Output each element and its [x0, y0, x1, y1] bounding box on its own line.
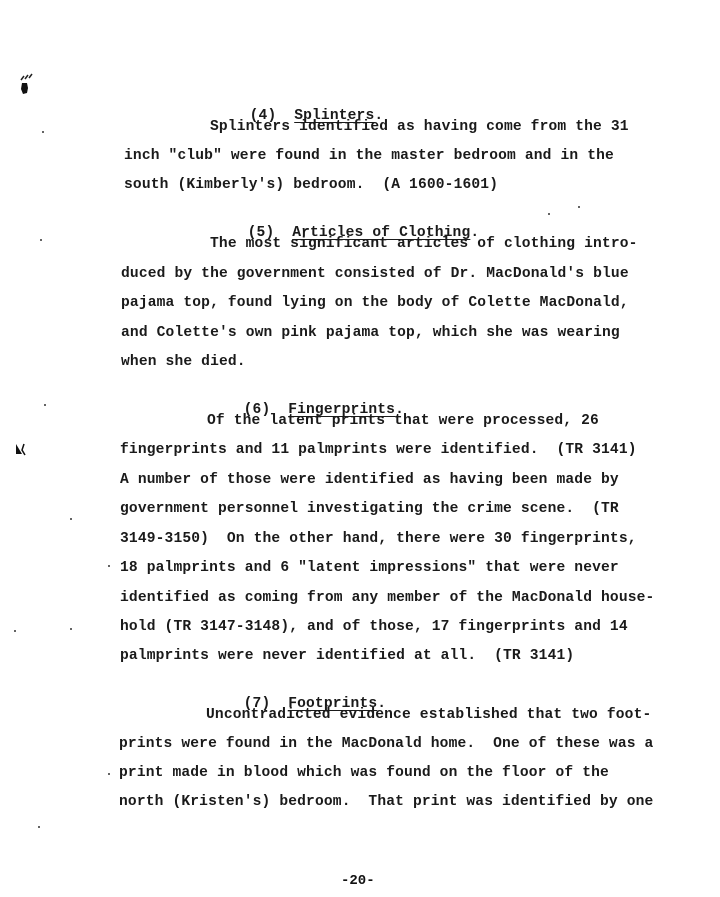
paragraph-line: government personnel investigating the c… — [120, 500, 619, 518]
scan-smudge-icon — [14, 72, 40, 98]
paragraph-line: Splinters identified as having come from… — [210, 118, 629, 136]
paragraph-line: Of the latent prints that were processed… — [207, 412, 599, 430]
paragraph-line: prints were found in the MacDonald home.… — [119, 735, 653, 753]
paragraph-line: palmprints were never identified at all.… — [120, 647, 574, 665]
paragraph-line: pajama top, found lying on the body of C… — [121, 294, 629, 312]
document-page: (4) Splinters. Splinters identified as h… — [0, 0, 720, 897]
scan-mark-icon — [14, 440, 30, 456]
paragraph-line: and Colette's own pink pajama top, which… — [121, 324, 620, 342]
paragraph-line: hold (TR 3147-3148), and of those, 17 fi… — [120, 618, 628, 636]
paragraph-line: A number of those were identified as hav… — [120, 471, 619, 489]
paragraph-line: north (Kristen's) bedroom. That print wa… — [119, 793, 653, 811]
paragraph-line: print made in blood which was found on t… — [119, 764, 609, 782]
page-number: -20- — [341, 873, 375, 889]
paragraph-line: Uncontradicted evidence established that… — [206, 706, 651, 724]
paragraph-line: duced by the government consisted of Dr.… — [121, 265, 629, 283]
paragraph-line: The most significant articles of clothin… — [210, 235, 638, 253]
paragraph-line: 3149-3150) On the other hand, there were… — [120, 530, 637, 548]
paragraph-line: fingerprints and 11 palmprints were iden… — [120, 441, 637, 459]
paragraph-line: inch "club" were found in the master bed… — [124, 147, 614, 165]
paragraph-line: 18 palmprints and 6 "latent impressions"… — [120, 559, 619, 577]
paragraph-line: south (Kimberly's) bedroom. (A 1600-1601… — [124, 176, 498, 194]
paragraph-line: identified as coming from any member of … — [120, 589, 654, 607]
paragraph-line: when she died. — [121, 353, 246, 371]
